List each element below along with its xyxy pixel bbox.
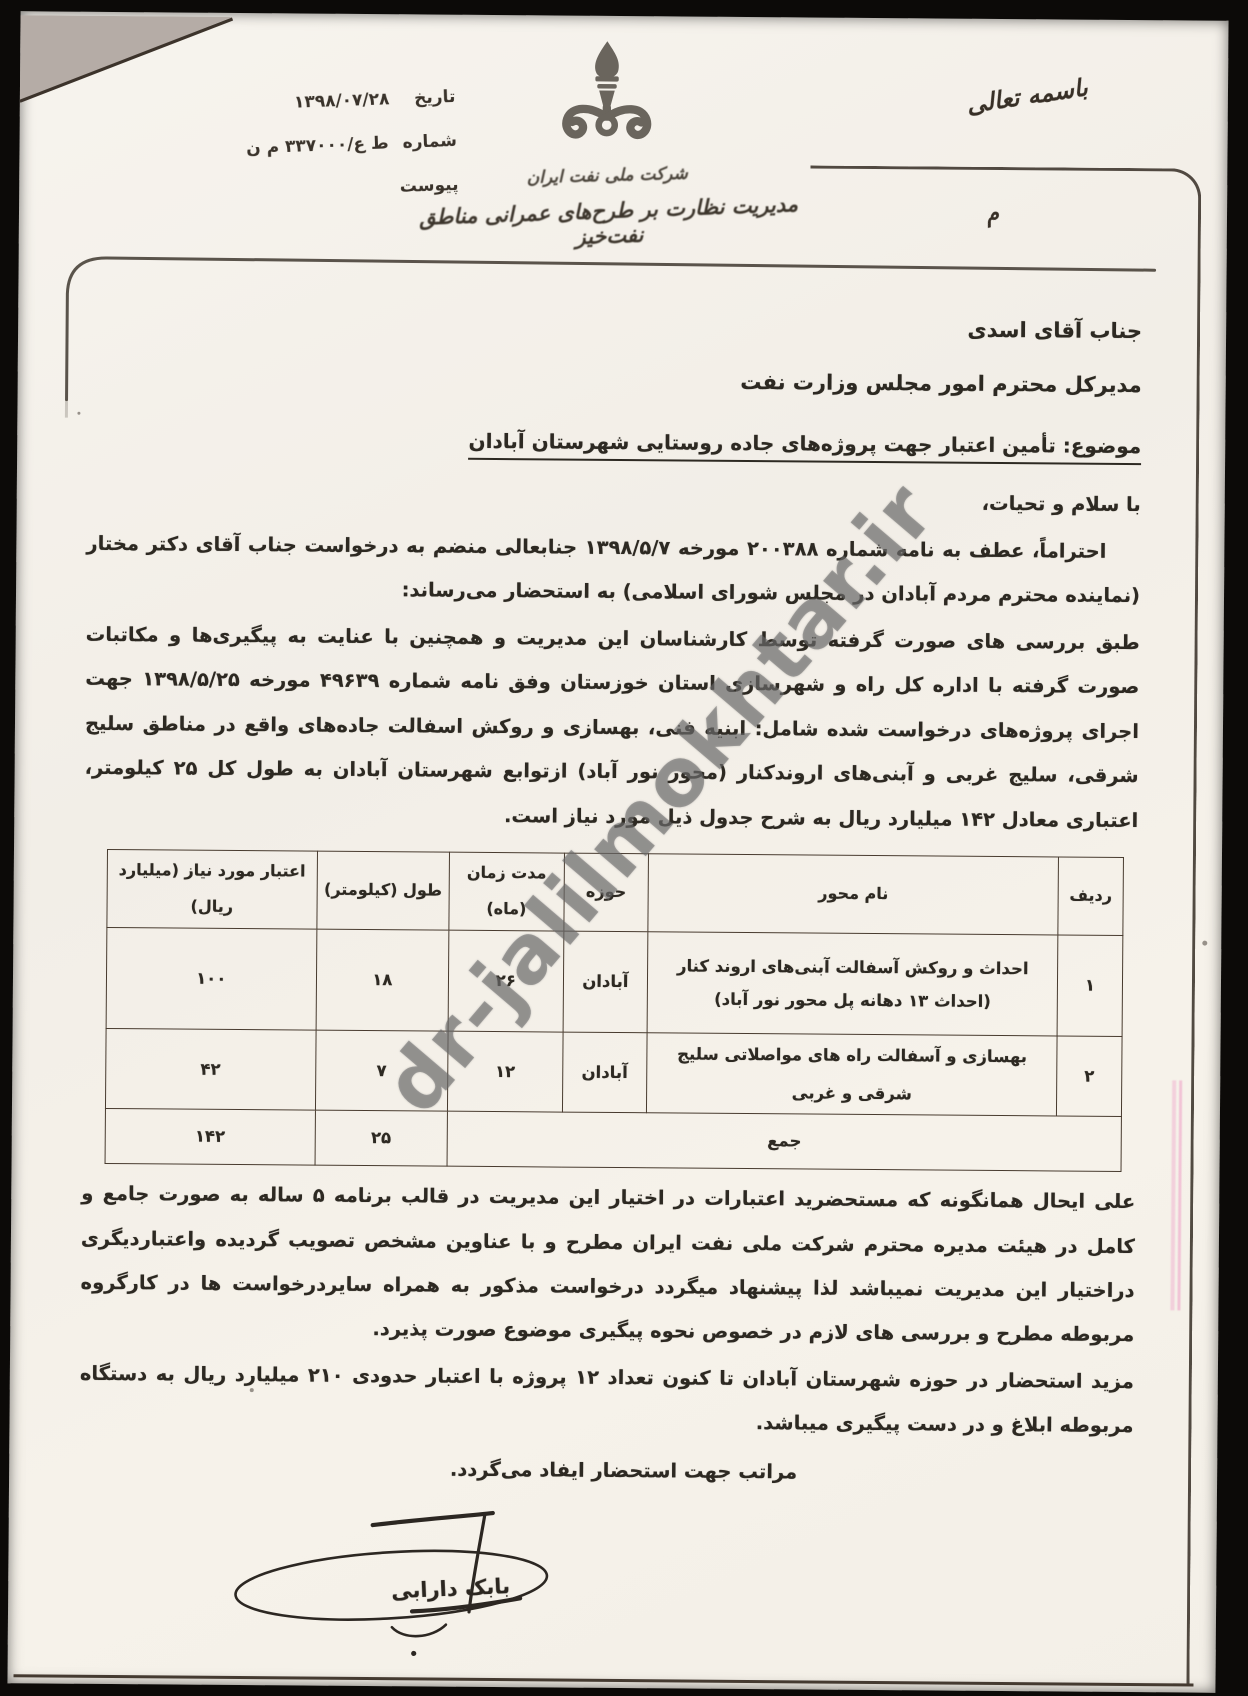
table-total-row: جمع ۲۵ ۱۴۲	[105, 1109, 1122, 1172]
cell-length: ۷	[315, 1030, 448, 1111]
paragraph-review: طبق بررسی های صورت گرفته توسط کارشناسان …	[84, 613, 1140, 844]
cell-route-name: بهسازی و آسفالت راه های مواصلاتی سلیج شر…	[647, 1033, 1057, 1116]
nioc-torch-logo-icon	[531, 39, 682, 170]
cell-credit: ۴۲	[105, 1028, 315, 1110]
subject-line: موضوع: تأمین اعتبار جهت پروژه‌های جاده ر…	[87, 416, 1141, 470]
header-credit: اعتبار مورد نیاز (میلیارد ریال)	[107, 849, 317, 929]
table-header-row: ردیف نام محور حوزه مدت زمان (ماه) طول (ک…	[107, 849, 1124, 935]
header-route-name: نام محور	[648, 854, 1058, 935]
corner-fold-shape	[20, 15, 237, 107]
meta-date-row: تاریخ ۱۳۹۸/۰۷/۲۸	[187, 87, 456, 117]
signature-block: بابک دارابی	[226, 1508, 577, 1671]
header-length: طول (کیلومتر)	[316, 851, 449, 930]
date-label: تاریخ	[403, 87, 456, 109]
recipient-name: جناب آقای اسدی	[88, 300, 1142, 356]
letter-meta-block: تاریخ ۱۳۹۸/۰۷/۲۸ شماره ط ع/۳۳۷۰۰۰ م ن پی…	[187, 87, 460, 229]
bismillah-text: باسمه تعالی	[964, 72, 1089, 119]
scanner-streak-artifact	[1170, 1080, 1182, 1310]
number-label: شماره	[402, 131, 457, 153]
cell-area: آبادان	[562, 1032, 647, 1113]
paragraph-current-projects: مزید استحضار در حوزه شهرستان آبادان تا ک…	[79, 1352, 1134, 1449]
header-row-number: ردیف	[1058, 857, 1124, 935]
letter-body: جناب آقای اسدی مدیرکل محترم امور مجلس وز…	[78, 270, 1143, 1676]
date-value: ۱۳۹۸/۰۷/۲۸	[294, 89, 390, 112]
header-area: حوزه	[563, 853, 648, 932]
scanned-letter-screenshot: { "scan": { "watermark": "dr-jalilmokhta…	[0, 0, 1248, 1696]
cell-length: ۱۸	[316, 929, 449, 1031]
salutation: با سلام و تحیات،	[87, 475, 1141, 528]
corner-fold-artifact	[20, 15, 237, 107]
subject-text: تأمین اعتبار جهت پروژه‌های جاده روستایی …	[469, 429, 1056, 458]
cell-route-name: احداث و روکش آسفالت آبنی‌های اروند کنار …	[647, 932, 1058, 1036]
cell-duration: ۲۶	[448, 930, 563, 1032]
table-row: ۱ احداث و روکش آسفالت آبنی‌های اروند کنا…	[106, 927, 1123, 1036]
paragraph-budget-note: علی ایحال همانگونه که مستحضرید اعتبارات …	[80, 1172, 1135, 1358]
scan-speck	[250, 1388, 254, 1392]
total-length: ۲۵	[315, 1110, 448, 1166]
department-name: مدیریت نظارت بر طرح‌های عمرانی مناطق نفت…	[398, 190, 820, 255]
recipient-title: مدیرکل محترم امور مجلس وزارت نفت	[88, 354, 1142, 410]
company-name: شرکت ملی نفت ایران	[467, 162, 747, 190]
cell-duration: ۱۲	[448, 1031, 563, 1112]
attachment-label: پیوست	[399, 175, 458, 197]
closing-line: مراتب جهت استحضار ایفاد می‌گردد.	[79, 1445, 797, 1495]
letter-paper: باسمه تعالی شرکت ملی نفت ایران مدیریت	[7, 11, 1228, 1692]
header-duration: مدت زمان (ماه)	[449, 852, 564, 931]
cell-credit: ۱۰۰	[106, 927, 316, 1030]
subject-label: موضوع:	[1063, 433, 1142, 458]
table-row: ۲ بهسازی و آسفالت راه های مواصلاتی سلیج …	[105, 1028, 1122, 1116]
meta-number-row: شماره ط ع/۳۳۷۰۰۰ م ن	[189, 131, 458, 161]
number-value: ط ع/۳۳۷۰۰۰ م ن	[246, 133, 389, 158]
cell-area: آبادان	[563, 931, 649, 1033]
scan-speck	[77, 412, 80, 415]
paragraph-reference: احتراماً، عطف به نامه شماره ۲۰۰۳۸۸ مورخه…	[86, 522, 1141, 619]
total-credit: ۱۴۲	[105, 1109, 315, 1166]
cell-row-number: ۲	[1057, 1036, 1123, 1117]
cell-row-number: ۱	[1057, 935, 1123, 1037]
scan-speck	[1202, 941, 1207, 946]
signatory-name: بابک دارابی	[390, 1563, 511, 1616]
meta-attachment-row: پیوست	[190, 175, 459, 205]
credit-table: ردیف نام محور حوزه مدت زمان (ماه) طول (ک…	[104, 849, 1124, 1172]
total-label: جمع	[447, 1111, 1121, 1171]
